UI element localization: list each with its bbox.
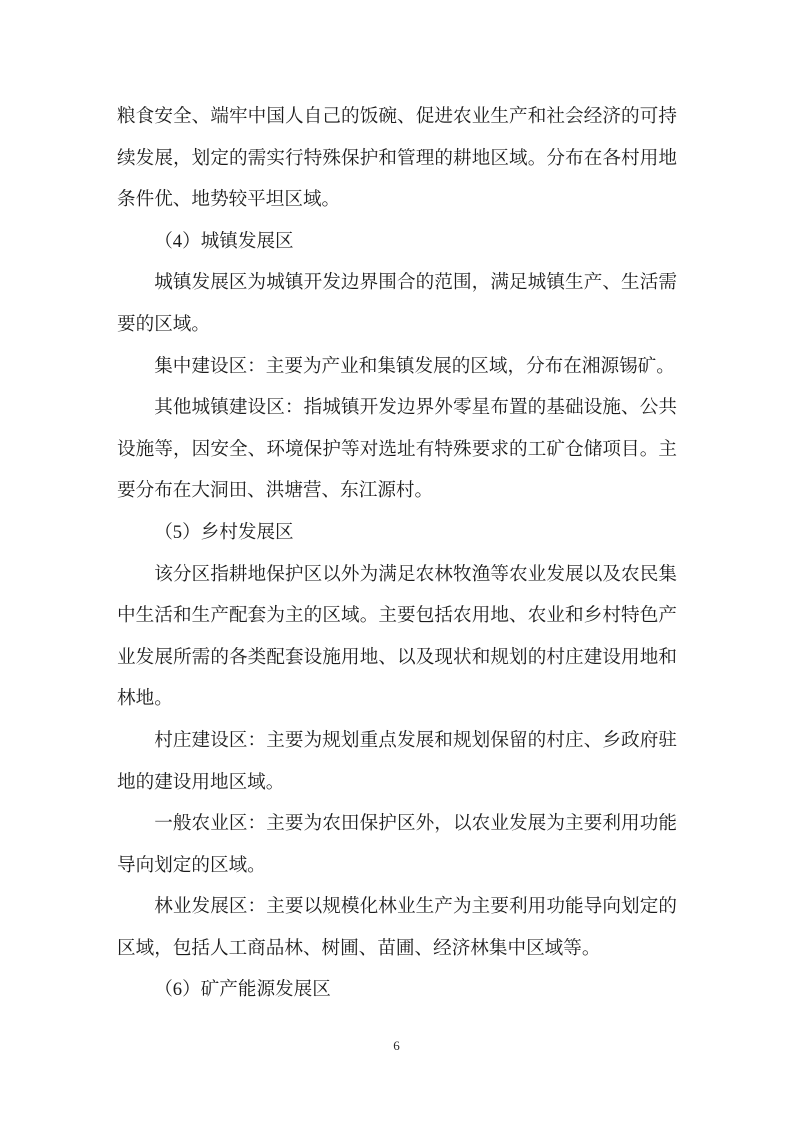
paragraph: （6）矿产能源发展区 bbox=[117, 969, 677, 1011]
paragraph: 林业发展区：主要以规模化林业生产为主要利用功能导向划定的区域，包括人工商品林、树… bbox=[117, 886, 677, 969]
paragraph: （5）乡村发展区 bbox=[117, 512, 677, 554]
page-number: 6 bbox=[393, 1038, 400, 1053]
paragraph: 该分区指耕地保护区以外为满足农林牧渔等农业发展以及农民集中生活和生产配套为主的区… bbox=[117, 554, 677, 720]
document-page: 粮食安全、端牢中国人自己的饭碗、促进农业生产和社会经济的可持续发展，划定的需实行… bbox=[0, 0, 793, 1122]
paragraph: 集中建设区：主要为产业和集镇发展的区域，分布在湘源锡矿。 bbox=[117, 346, 677, 388]
paragraph: 村庄建设区：主要为规划重点发展和规划保留的村庄、乡政府驻地的建设用地区域。 bbox=[117, 720, 677, 803]
paragraph: 粮食安全、端牢中国人自己的饭碗、促进农业生产和社会经济的可持续发展，划定的需实行… bbox=[117, 96, 677, 221]
document-body: 粮食安全、端牢中国人自己的饭碗、促进农业生产和社会经济的可持续发展，划定的需实行… bbox=[117, 96, 677, 1011]
paragraph: 一般农业区：主要为农田保护区外，以农业发展为主要利用功能导向划定的区域。 bbox=[117, 803, 677, 886]
paragraph: （4）城镇发展区 bbox=[117, 221, 677, 263]
paragraph: 其他城镇建设区：指城镇开发边界外零星布置的基础设施、公共设施等，因安全、环境保护… bbox=[117, 387, 677, 512]
paragraph: 城镇发展区为城镇开发边界围合的范围，满足城镇生产、生活需要的区域。 bbox=[117, 262, 677, 345]
page-footer: 6 bbox=[0, 1038, 793, 1054]
